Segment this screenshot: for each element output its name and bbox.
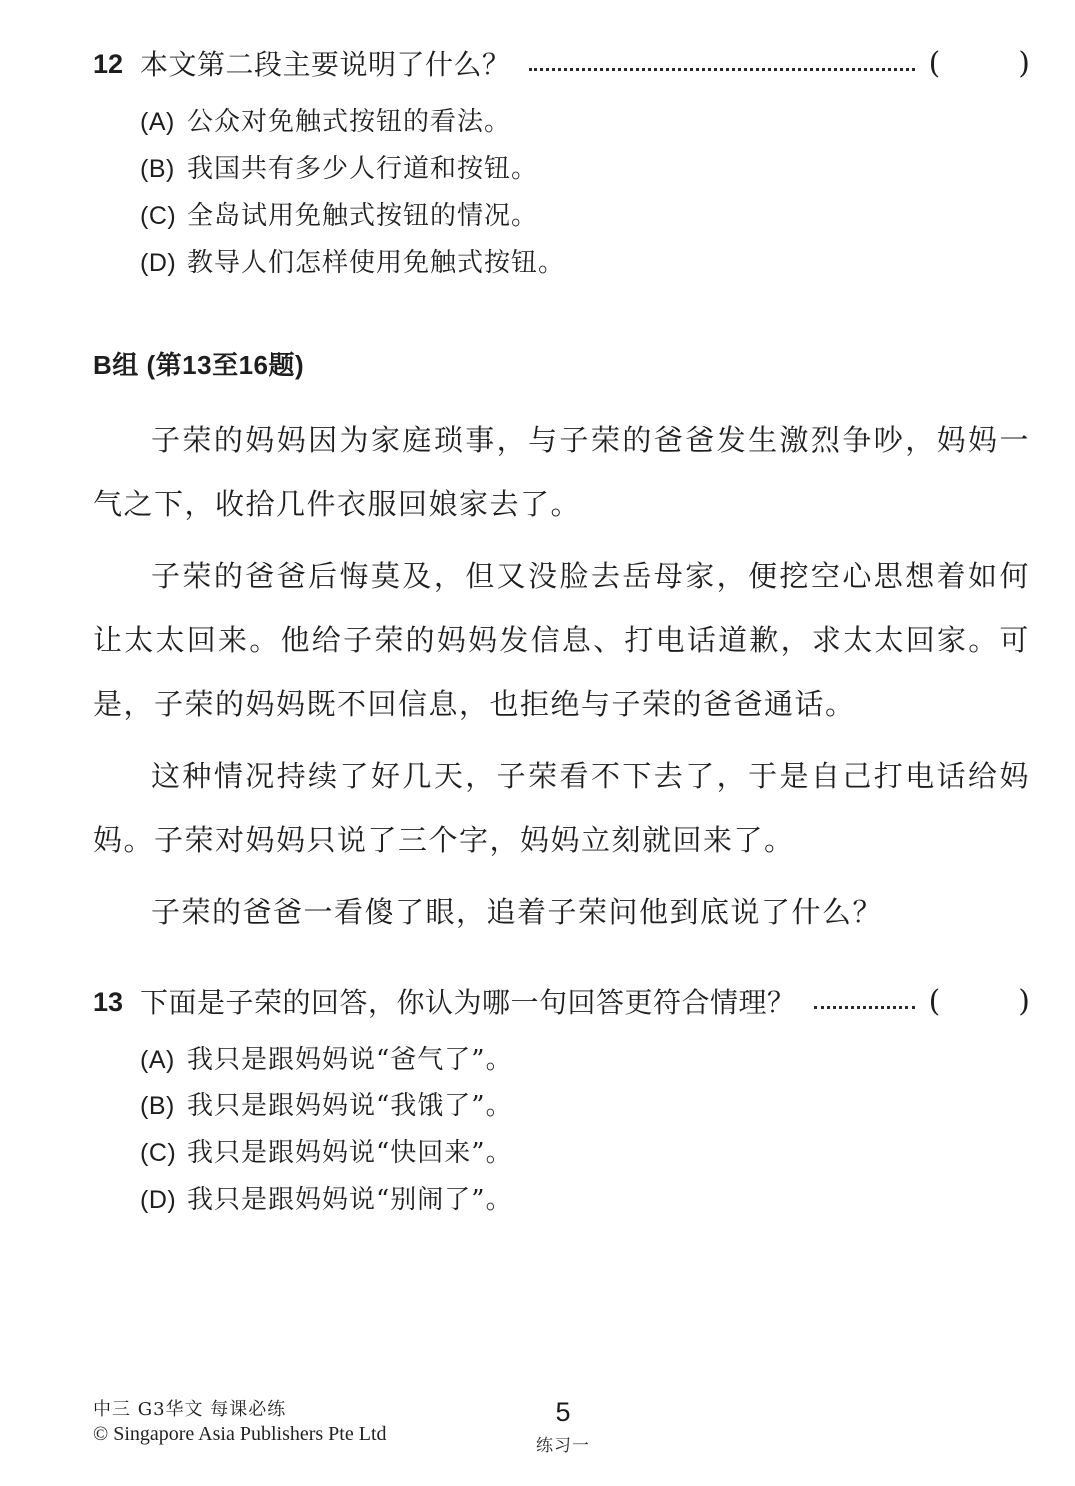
- answer-brackets: (): [929, 984, 1030, 1020]
- question-text: 本文第二段主要说明了什么？: [140, 47, 511, 82]
- passage-paragraph: 子荣的爸爸一看傻了眼，追着子荣问他到底说了什么？: [93, 880, 1030, 944]
- option-label: (A): [140, 1046, 187, 1075]
- passage-paragraph: 这种情况持续了好几天，子荣看不下去了，于是自己打电话给妈妈。子荣对妈妈只说了三个…: [93, 744, 1030, 872]
- page-footer: 中三 G3华文 每课必练 © Singapore Asia Publishers…: [93, 1398, 1030, 1468]
- option-text: 全岛试用免触式按钮的情况。: [187, 202, 538, 232]
- option-label: (B): [140, 155, 187, 184]
- question-13-line: 13 下面是子荣的回答，你认为哪一句回答更符合情理？ (): [93, 984, 1030, 1020]
- option-label: (B): [140, 1092, 187, 1121]
- footer-page-block: 5 练习一: [513, 1398, 613, 1456]
- question-12: 12 本文第二段主要说明了什么？ () (A) 公众对免触式按钮的看法。 (B)…: [93, 46, 1030, 279]
- option-text: 我只是跟妈妈说“爸气了”。: [187, 1046, 513, 1076]
- option-label: (D): [140, 1186, 187, 1215]
- footer-imprint: 中三 G3华文 每课必练 © Singapore Asia Publishers…: [93, 1398, 387, 1447]
- answer-bracket-close: ): [1018, 984, 1030, 1020]
- page-number: 5: [513, 1398, 613, 1428]
- passage-paragraph: 子荣的爸爸后悔莫及，但又没脸去岳母家，便挖空心思想着如何让太太回来。他给子荣的妈…: [93, 544, 1030, 736]
- option-row: (C) 全岛试用免触式按钮的情况。: [140, 202, 1030, 232]
- worksheet-page: 12 本文第二段主要说明了什么？ () (A) 公众对免触式按钮的看法。 (B)…: [0, 0, 1075, 1486]
- question-text: 下面是子荣的回答，你认为哪一句回答更符合情理？: [140, 985, 796, 1020]
- question-12-options: (A) 公众对免触式按钮的看法。 (B) 我国共有多少人行道和按钮。 (C) 全…: [93, 108, 1030, 279]
- option-row: (A) 我只是跟妈妈说“爸气了”。: [140, 1046, 1030, 1076]
- option-label: (C): [140, 1139, 187, 1168]
- option-label: (A): [140, 108, 187, 137]
- option-text: 我国共有多少人行道和按钮。: [187, 155, 538, 185]
- option-text: 我只是跟妈妈说“我饿了”。: [187, 1092, 513, 1122]
- option-text: 我只是跟妈妈说“快回来”。: [187, 1139, 513, 1169]
- option-label: (D): [140, 249, 187, 278]
- option-row: (B) 我只是跟妈妈说“我饿了”。: [140, 1092, 1030, 1122]
- reading-passage: 子荣的妈妈因为家庭琐事，与子荣的爸爸发生激烈争吵，妈妈一气之下，收拾几件衣服回娘…: [93, 408, 1030, 944]
- answer-brackets: (): [929, 46, 1030, 82]
- answer-bracket-open: (: [929, 46, 941, 82]
- question-number: 13: [93, 986, 140, 1020]
- series-title: 中三 G3华文 每课必练: [93, 1398, 387, 1421]
- dotted-leader: [814, 1006, 915, 1009]
- answer-bracket-open: (: [929, 984, 941, 1020]
- option-row: (A) 公众对免触式按钮的看法。: [140, 108, 1030, 138]
- passage-paragraph: 子荣的妈妈因为家庭琐事，与子荣的爸爸发生激烈争吵，妈妈一气之下，收拾几件衣服回娘…: [93, 408, 1030, 536]
- question-number: 12: [93, 48, 140, 82]
- option-row: (B) 我国共有多少人行道和按钮。: [140, 155, 1030, 185]
- dotted-leader: [529, 68, 915, 71]
- option-row: (D) 教导人们怎样使用免触式按钮。: [140, 249, 1030, 279]
- section-b-heading: B组 (第13至16题): [93, 345, 1030, 382]
- question-13: 13 下面是子荣的回答，你认为哪一句回答更符合情理？ () (A) 我只是跟妈妈…: [93, 984, 1030, 1217]
- question-13-options: (A) 我只是跟妈妈说“爸气了”。 (B) 我只是跟妈妈说“我饿了”。 (C) …: [93, 1046, 1030, 1217]
- option-label: (C): [140, 202, 187, 231]
- option-text: 我只是跟妈妈说“别闹了”。: [187, 1186, 513, 1216]
- option-row: (C) 我只是跟妈妈说“快回来”。: [140, 1139, 1030, 1169]
- option-text: 教导人们怎样使用免触式按钮。: [187, 249, 565, 279]
- answer-bracket-close: ): [1018, 46, 1030, 82]
- exercise-label: 练习一: [513, 1431, 613, 1456]
- option-row: (D) 我只是跟妈妈说“别闹了”。: [140, 1186, 1030, 1216]
- question-12-line: 12 本文第二段主要说明了什么？ (): [93, 46, 1030, 82]
- copyright-line: © Singapore Asia Publishers Pte Ltd: [93, 1421, 387, 1447]
- option-text: 公众对免触式按钮的看法。: [187, 108, 511, 138]
